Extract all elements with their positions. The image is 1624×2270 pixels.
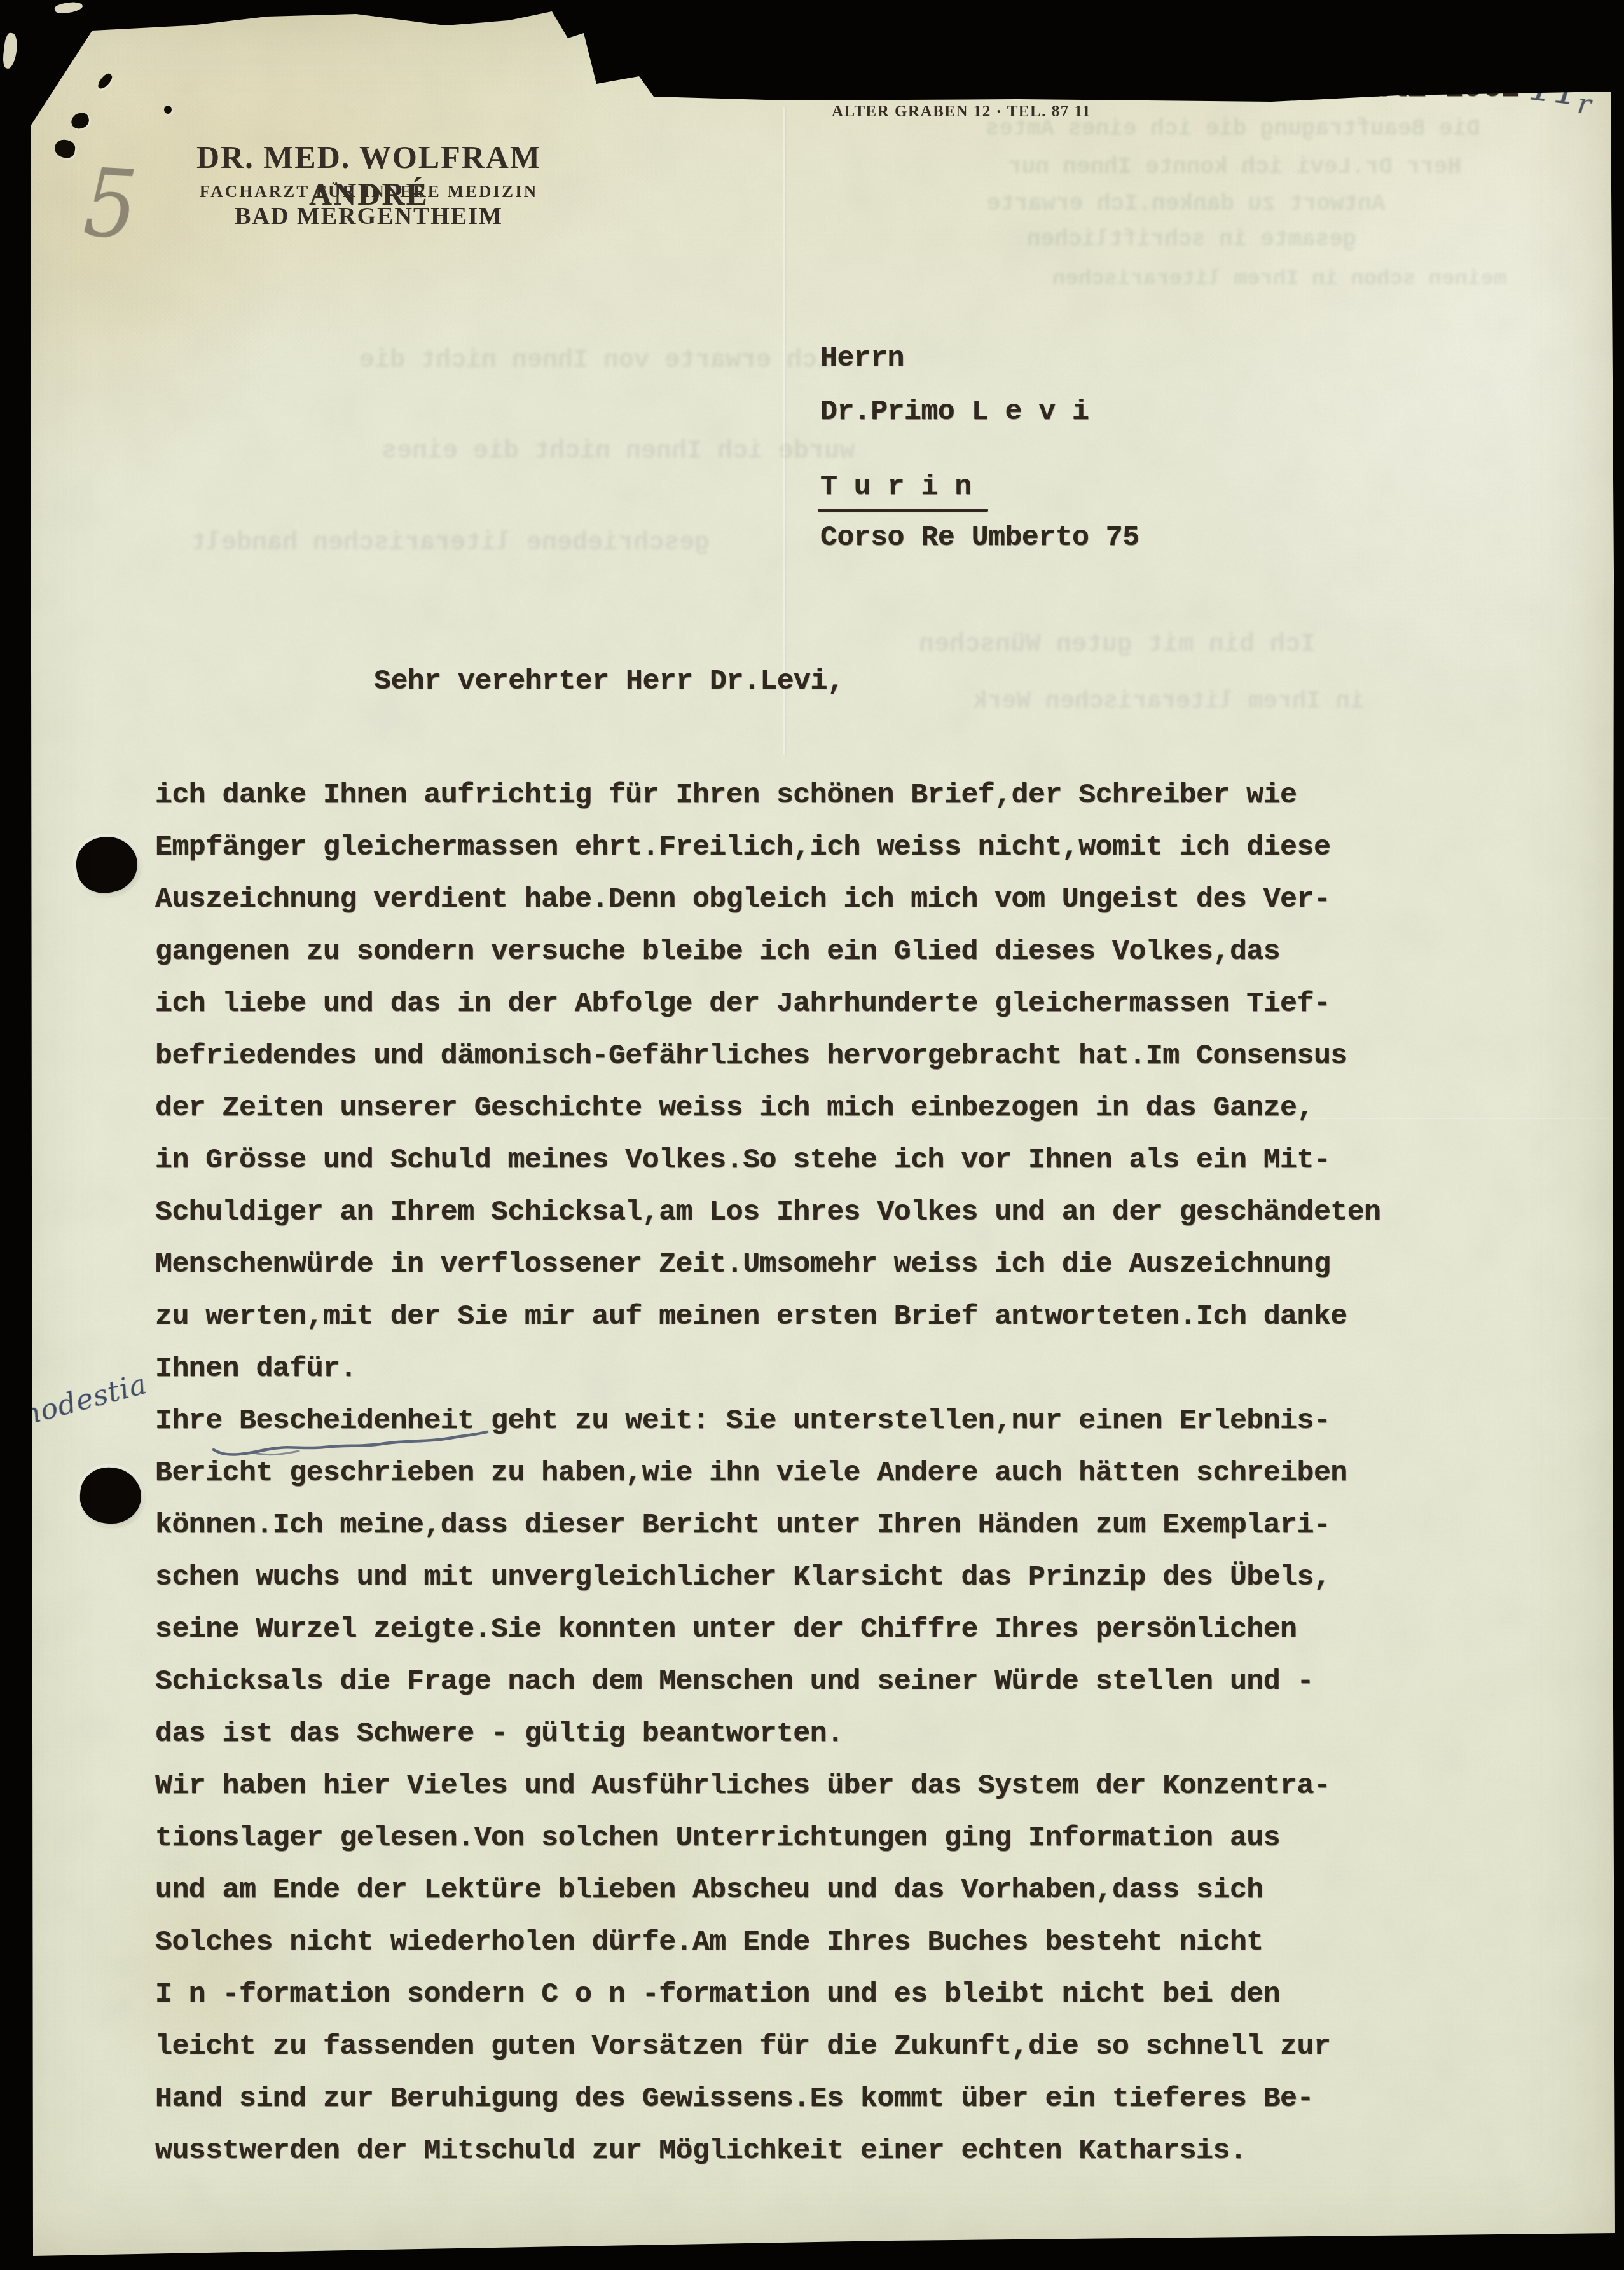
letterhead-street-line: ALTER GRABEN 12 · TEL. 87 11 <box>832 103 1091 121</box>
bleedthrough-line: geschriebene literarischen handelt <box>191 529 710 558</box>
body-line: I n -formation sondern C o n -formation … <box>155 1975 1381 2027</box>
body-line: ich danke Ihnen aufrichtig für Ihren sch… <box>155 776 1381 828</box>
body-line: befriedendes und dämonisch-Gefährliches … <box>155 1036 1381 1089</box>
staple-tear <box>164 106 172 114</box>
letterhead-city: BAD MERGENTHEIM <box>158 202 580 230</box>
recipient-salute: Herrn <box>820 342 904 375</box>
body-line: das ist das Schwere - gültig beantworten… <box>155 1714 1381 1766</box>
body-line: Schicksals die Frage nach dem Menschen u… <box>155 1662 1381 1714</box>
body-line: gangenen zu sondern versuche bleibe ich … <box>155 932 1381 984</box>
recipient-street: Corso Re Umberto 75 <box>820 521 1139 554</box>
staple-tear <box>70 111 91 130</box>
body-line: Schuldiger an Ihrem Schicksal,am Los Ihr… <box>155 1193 1381 1245</box>
body-text: ich danke Ihnen aufrichtig für Ihren sch… <box>155 776 1381 2184</box>
body-line: Menschenwürde in verflossener Zeit.Umsom… <box>155 1245 1381 1297</box>
body-line: seine Wurzel zeigte.Sie konnten unter de… <box>155 1610 1381 1662</box>
bleedthrough-line: in Ihrem literarischen Werk <box>973 688 1365 715</box>
bleedthrough-line: ich erwarte von Ihnen nicht die <box>359 347 832 375</box>
body-line: und am Ende der Lektüre blieben Abscheu … <box>155 1871 1381 1923</box>
pencil-archive-number: 5 <box>81 148 141 261</box>
bleedthrough-line: Ich bin mit guten Wünschen <box>919 631 1316 659</box>
body-line: können.Ich meine,dass dieser Bericht unt… <box>155 1506 1381 1558</box>
body-line: Wir haben hier Vieles und Ausführliches … <box>155 1766 1381 1819</box>
body-line: Ihnen dafür. <box>155 1349 1381 1401</box>
letterhead-place-line: IGERSHEIM (KR. MERGENTHEIM), AM <box>832 74 1257 97</box>
paper-scrap <box>54 0 83 15</box>
punch-hole-bottom <box>78 1465 143 1526</box>
recipient-city: T u r i n <box>820 471 972 503</box>
body-line: wusstwerden der Mitschuld zur Möglichkei… <box>155 2131 1381 2184</box>
salutation: Sehr verehrter Herr Dr.Levi, <box>374 665 844 698</box>
punch-hole-top <box>72 833 141 897</box>
bleedthrough-line: Antwort zu danken.Ich erwarte <box>987 191 1386 217</box>
body-line: Ihre Bescheidenheit geht zu weit: Sie un… <box>155 1401 1381 1454</box>
body-line: Empfänger gleichermassen ehrt.Freilich,i… <box>155 828 1381 880</box>
body-line: Hand sind zur Beruhigung des Gewissens.E… <box>155 2079 1381 2131</box>
bleedthrough-line: Herr Dr.Levi ich konnte Ihnen nur <box>1008 154 1461 180</box>
handwritten-page-number: 11r <box>1525 62 1595 121</box>
staple-tear <box>96 72 114 92</box>
body-line: Auszeichnung verdient habe.Denn obgleich… <box>155 880 1381 932</box>
body-line: zu werten,mit der Sie mir auf meinen ers… <box>155 1297 1381 1349</box>
scanned-letter-page: Die Beauftragung die ich eines AmtesHerr… <box>0 0 1624 2270</box>
page-number-main: 11 <box>1526 62 1581 114</box>
staple-tear <box>53 139 76 160</box>
margin-note-modestia: modestia <box>10 1366 151 1434</box>
body-line: Solches nicht wiederholen dürfe.Am Ende … <box>155 1923 1381 1975</box>
bleedthrough-line: gesamte in schriftlichen <box>1027 226 1356 252</box>
letter-paper: Die Beauftragung die ich eines AmtesHerr… <box>0 0 1624 2270</box>
bleedthrough-line: meinen schon in Ihrem literarischen <box>1052 267 1506 291</box>
paper-scrap <box>2 32 18 69</box>
letter-date: 15.Juli 1962 <box>1295 70 1520 106</box>
body-line: schen wuchs und mit unvergleichlicher Kl… <box>155 1558 1381 1610</box>
body-line: Bericht geschrieben zu haben,wie ihn vie… <box>155 1454 1381 1506</box>
recipient-name: Dr.Primo L e v i <box>820 396 1089 428</box>
letterhead-specialty: FACHARZT FÜR INNERE MEDIZIN <box>158 182 580 202</box>
body-line: in Grösse und Schuld meines Volkes.So st… <box>155 1141 1381 1193</box>
body-line: der Zeiten unserer Geschichte weiss ich … <box>155 1089 1381 1141</box>
typed-underline-turin <box>818 509 988 512</box>
body-line: tionslager gelesen.Von solchen Unterrich… <box>155 1819 1381 1871</box>
body-line: ich liebe und das in der Abfolge der Jah… <box>155 984 1381 1036</box>
body-line: leicht zu fassenden guten Vorsätzen für … <box>155 2027 1381 2079</box>
vertical-fold-crease <box>783 107 785 755</box>
